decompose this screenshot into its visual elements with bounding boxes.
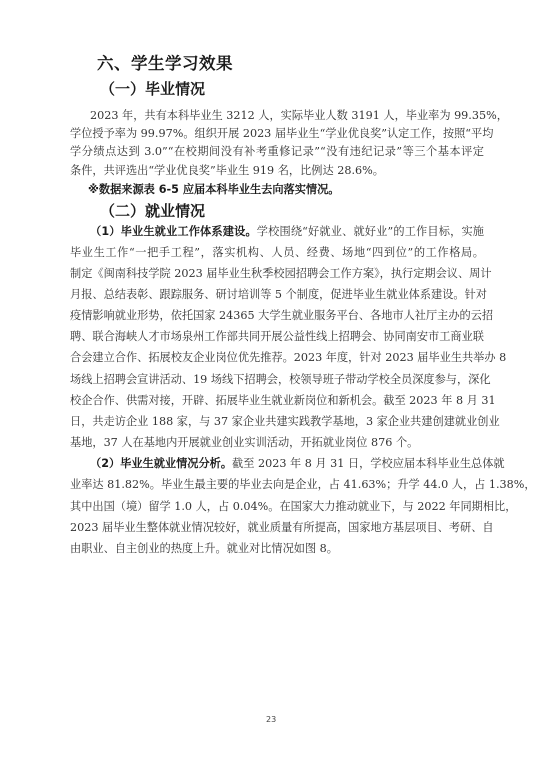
paragraph-line: （2）毕业生就业情况分析。截至 2023 年 8 月 31 日，学校应届本科毕业…	[90, 457, 484, 471]
paragraph-line: 条件，共评选出“学业优良奖”毕业生 919 名，比例达 28.6%。	[70, 164, 484, 178]
paragraph-line: 毕业生工作“一把手工程”，落实机构、人员、经费、场地“四到位”的工作格局。	[70, 246, 484, 260]
paragraph-line: 2023 届毕业生整体就业情况较好，就业质量有所提高，国家地方基层项目、考研、自	[70, 521, 484, 535]
paragraph-line: 场线上招聘会宣讲活动、19 场线下招聘会，校领导班子带动学校全员深度参与，深化	[70, 373, 484, 387]
paragraph-line: （1）毕业生就业工作体系建设。学校围绕“好就业、就好业”的工作目标，实施	[90, 225, 484, 239]
section-title: 六、学生学习效果	[97, 50, 233, 74]
paragraph-line: 校企合作、供需对接，开辟、拓展毕业生就业新岗位和新机会。截至 2023 年 8 …	[70, 394, 484, 408]
paragraph-line: 学位授予率为 99.97%。组织开展 2023 届毕业生“学业优良奖”认定工作，…	[70, 127, 484, 141]
data-source-note: ※数据来源表 6-5 应届本科毕业生去向落实情况。	[88, 181, 339, 197]
paragraph-line: 2023 年，共有本科毕业生 3212 人，实际毕业人数 3191 人，毕业率为…	[90, 109, 484, 123]
paragraph-lead: （1）毕业生就业工作体系建设。	[90, 225, 257, 238]
subsection-title-employment: （二）就业情况	[100, 200, 205, 221]
paragraph-line: 业率达 81.82%。毕业生最主要的毕业去向是企业，占 41.63%；升学 44…	[70, 478, 484, 492]
paragraph-line: 由职业、自主创业的热度上升。就业对比情况如图 8。	[70, 542, 484, 556]
paragraph-line: 月报、总结表彰、跟踪服务、研讨培训等 5 个制度，促进毕业生就业体系建设。针对	[70, 288, 484, 302]
subsection-title-graduation: （一）毕业情况	[100, 78, 205, 99]
paragraph-line: 学分绩点达到 3.0”“在校期间没有补考重修记录”“没有违纪记录”等三个基本评定	[70, 145, 484, 159]
paragraph-lead: （2）毕业生就业情况分析。	[90, 457, 232, 470]
paragraph-line: 其中出国（境）留学 1.0 人，占 0.04%。在国家大力推动就业下，与 202…	[70, 500, 484, 514]
paragraph-line: 制定《闽南科技学院 2023 届毕业生秋季校园招聘会工作方案》，执行定期会议、周…	[70, 267, 484, 281]
paragraph-line: 疫情影响就业形势，依托国家 24365 大学生就业服务平台、各地市人社厅主办的云…	[70, 309, 484, 323]
paragraph-line: 聘、联合海峡人才市场泉州工作部共同开展公益性线上招聘会、协同南安市工商业联	[70, 330, 484, 344]
paragraph-line: 基地，37 人在基地内开展就业创业实训活动，开拓就业岗位 876 个。	[70, 436, 484, 450]
page-number: 23	[266, 715, 276, 724]
paragraph-line: 日，共走访企业 188 家，与 37 家企业共建实践教学基地，3 家企业共建创建…	[70, 415, 484, 429]
paragraph-line: 合会建立合作、拓展校友企业岗位优先推荐。2023 年度，针对 2023 届毕业生…	[70, 351, 484, 365]
document-page: 六、学生学习效果 （一）毕业情况 2023 年，共有本科毕业生 3212 人，实…	[0, 0, 554, 783]
